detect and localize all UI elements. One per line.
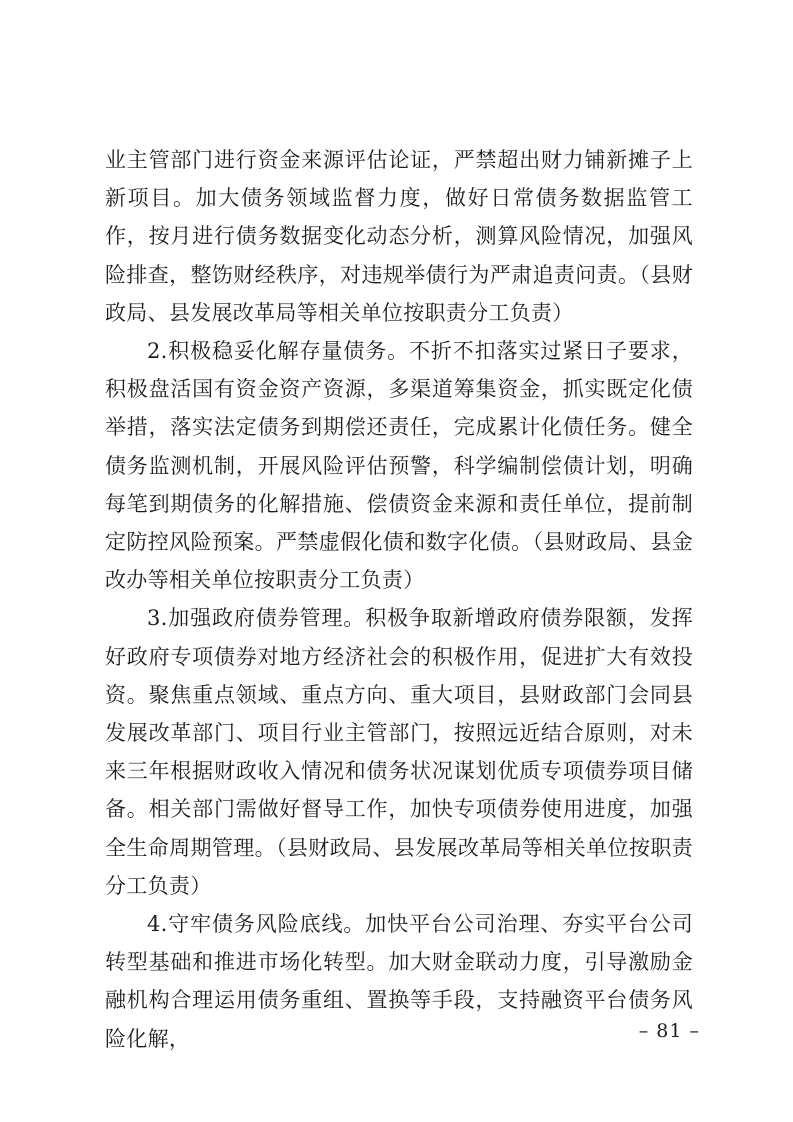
paragraph-continuation: 业主管部门进行资金来源评估论证，严禁超出财力铺新摊子上新项目。加大债务领域监督力… [105,141,693,332]
document-page: 业主管部门进行资金来源评估论证，严禁超出财力铺新摊子上新项目。加大债务领域监督力… [0,0,793,1122]
document-body: 业主管部门进行资金来源评估论证，严禁超出财力铺新摊子上新项目。加大债务领域监督力… [105,141,693,1058]
page-number: – 81 – [639,1018,700,1044]
paragraph-item-2: 2.积极稳妥化解存量债务。不折不扣落实过紧日子要求，积极盘活国有资金资产资源，多… [105,332,693,599]
paragraph-item-3: 3.加强政府债券管理。积极争取新增政府债券限额，发挥好政府专项债券对地方经济社会… [105,599,693,905]
paragraph-item-4: 4.守牢债务风险底线。加快平台公司治理、夯实平台公司转型基础和推进市场化转型。加… [105,905,693,1058]
